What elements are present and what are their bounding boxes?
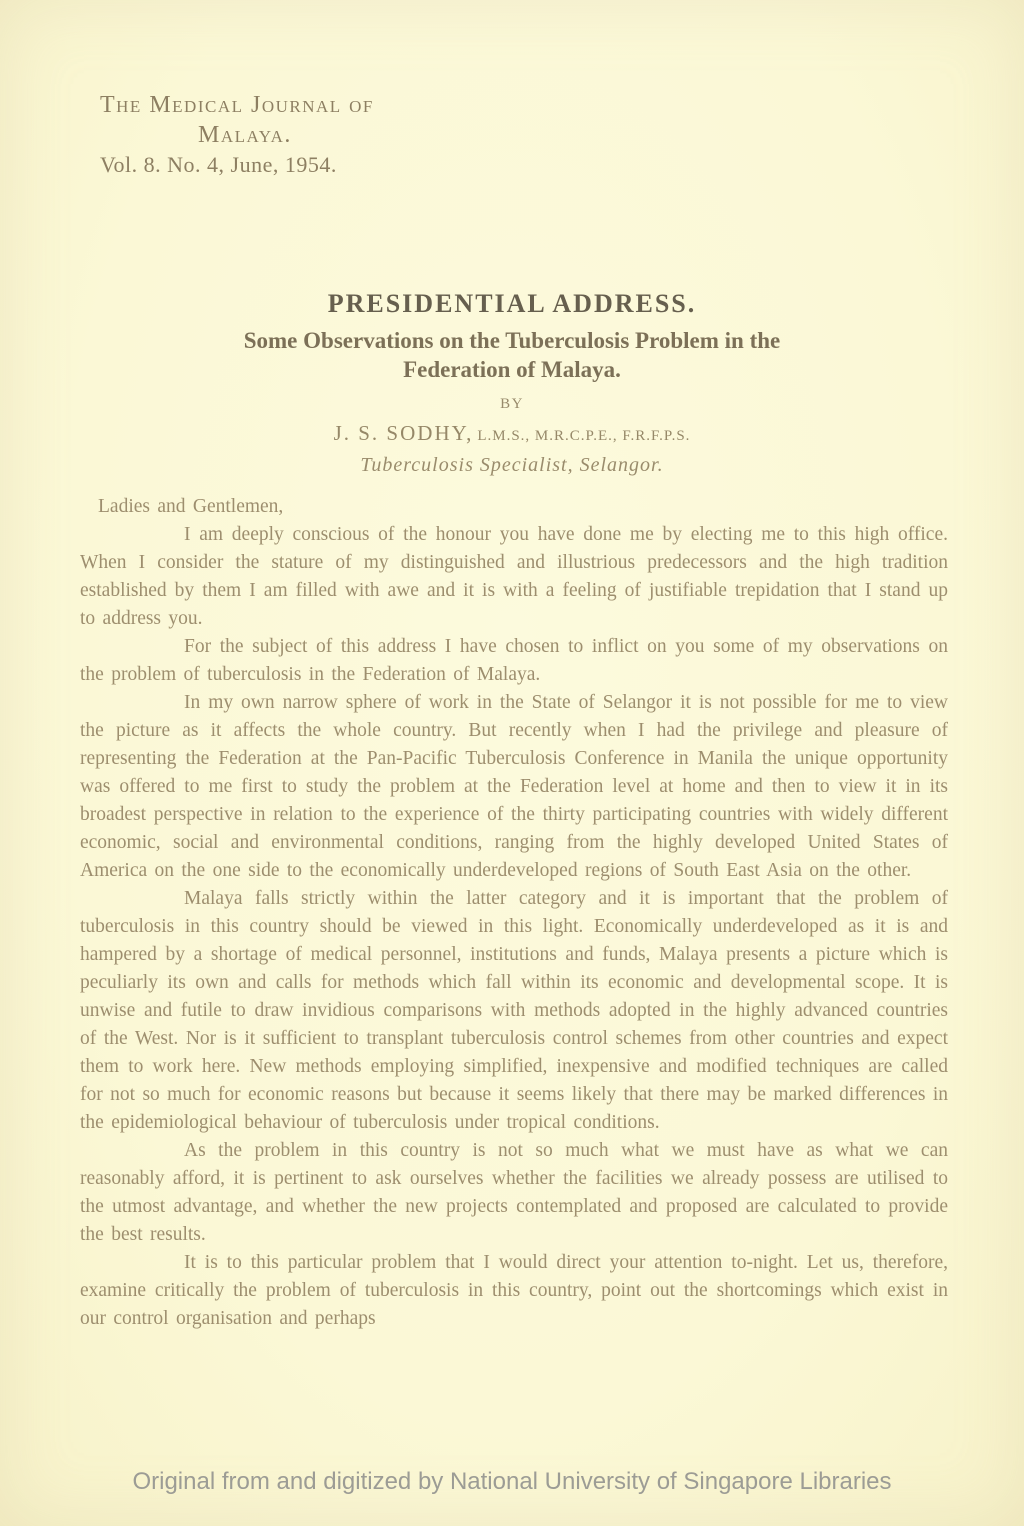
salutation: Ladies and Gentlemen, xyxy=(98,493,948,521)
author-qualifications: L.M.S., M.R.C.P.E., F.R.F.P.S. xyxy=(477,428,690,444)
article-subtitle-line-2: Federation of Malaya. xyxy=(0,355,1024,384)
body-paragraph: In my own narrow sphere of work in the S… xyxy=(80,689,948,885)
body-paragraph: Malaya falls strictly within the latter … xyxy=(80,885,948,1137)
body-paragraph: For the subject of this address I have c… xyxy=(80,633,948,689)
body-paragraph: I am deeply conscious of the honour you … xyxy=(80,521,948,633)
author-role: Tuberculosis Specialist, Selangor. xyxy=(0,452,1024,478)
body-paragraph: It is to this particular problem that I … xyxy=(80,1249,948,1333)
body-paragraph: As the problem in this country is not so… xyxy=(80,1137,948,1249)
digitization-attribution: Original from and digitized by National … xyxy=(0,1468,1024,1496)
article-subtitle: Some Observations on the Tuberculosis Pr… xyxy=(0,326,1024,384)
author-name: J. S. SODHY, xyxy=(334,421,474,445)
journal-issue-line: Vol. 8. No. 4, June, 1954. xyxy=(100,150,390,180)
author-line: J. S. SODHY, L.M.S., M.R.C.P.E., F.R.F.P… xyxy=(0,420,1024,449)
article-title-block: PRESIDENTIAL ADDRESS. Some Observations … xyxy=(0,288,1024,478)
journal-place: Malaya. xyxy=(100,120,390,150)
article-body: Ladies and Gentlemen, I am deeply consci… xyxy=(80,493,948,1333)
journal-masthead: The Medical Journal of Malaya. Vol. 8. N… xyxy=(100,0,390,180)
journal-title: The Medical Journal of xyxy=(100,90,390,120)
article-heading: PRESIDENTIAL ADDRESS. xyxy=(0,288,1024,320)
scanned-document-page: The Medical Journal of Malaya. Vol. 8. N… xyxy=(0,0,1024,1526)
byline: BY xyxy=(0,395,1024,413)
article-subtitle-line-1: Some Observations on the Tuberculosis Pr… xyxy=(0,326,1024,355)
